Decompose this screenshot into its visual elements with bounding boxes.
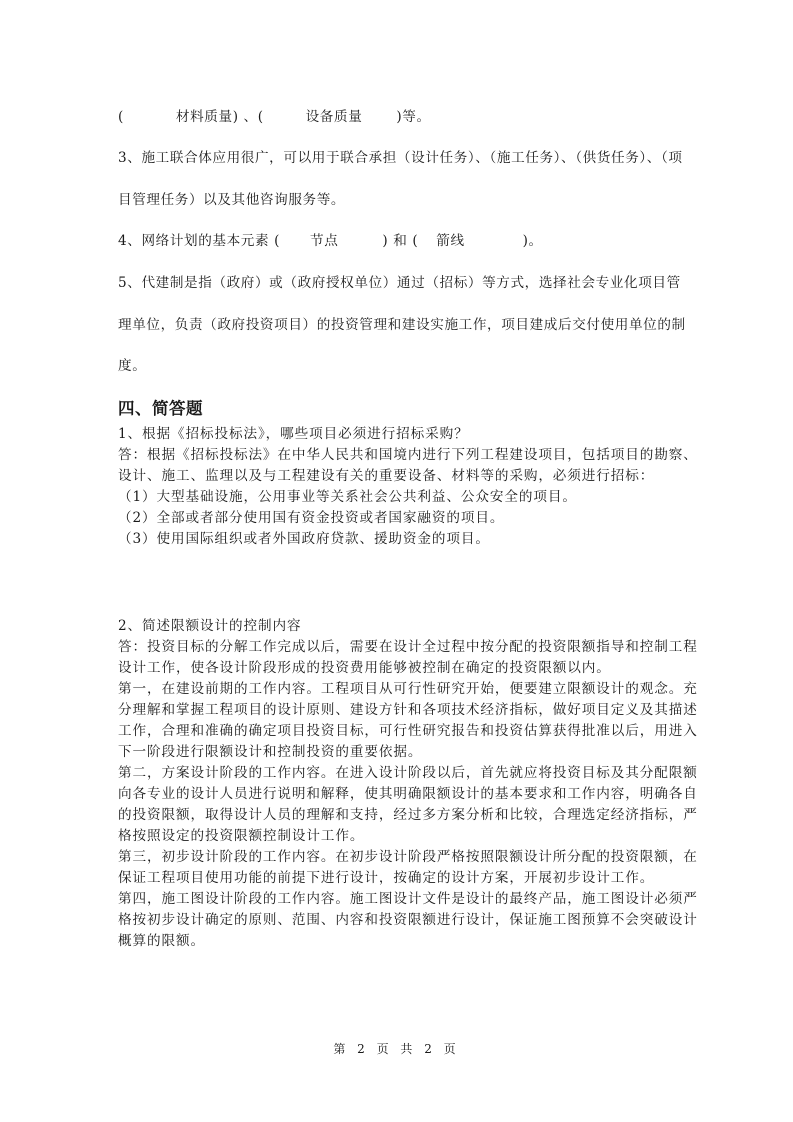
answer-1-line: （1）大型基础设施，公用事业等关系社会公共利益、公众安全的项目。 <box>118 487 674 507</box>
answer-2-line: 第二，方案设计阶段的工作内容。在进入设计阶段以后，首先就应将投资目标及其分配限额 <box>118 763 674 783</box>
fill-item-2-tail: (材料质量) 、(设备质量)等。 <box>118 107 674 127</box>
answer-2-line: 分理解和掌握工程项目的设计原则、建设方针和各项技术经济指标，做好项目定义及其描述 <box>118 700 674 720</box>
answer-2-line: 的投资限额，取得设计人员的理解和支持，经过多方案分析和比较，合理选定经济指标，严 <box>118 805 674 825</box>
blank-answer-equipment-quality: 设备质量 <box>306 109 363 125</box>
fill-item-5-line-3: 度。 <box>118 356 674 376</box>
answer-1-line: 答：根据《招标投标法》在中华人民共和国境内进行下列工程建设项目，包括项目的勘察、 <box>118 445 674 465</box>
blank-answer-arrow: 箭线 <box>436 233 464 249</box>
answer-2-line: 概算的限额。 <box>118 931 674 951</box>
blank-open: ( <box>118 109 124 125</box>
page-number-footer: 第 2 页 共 2 页 <box>0 1040 793 1057</box>
item4-prefix: 4、网络计划的基本元素 ( <box>118 233 280 249</box>
blank-mid: ) 、( <box>233 109 264 125</box>
blank-answer-node: 节点 <box>310 233 338 249</box>
section-heading-short-answer: 四、简答题 <box>118 398 203 420</box>
answer-2-line: 第三，初步设计阶段的工作内容。在初步设计阶段严格按照限额设计所分配的投资限额，在 <box>118 847 674 867</box>
item4-mid: ) 和 ( <box>382 233 418 249</box>
answer-1-line: 设计、施工、监理以及与工程建设有关的重要设备、材料等的采购，必须进行招标： <box>118 466 674 486</box>
item4-end: )。 <box>523 233 543 249</box>
answer-2-line: 答：投资目标的分解工作完成以后，需要在设计全过程中按分配的投资限额指导和控制工程 <box>118 637 674 657</box>
fill-item-3-line-1: 3、施工联合体应用很广，可以用于联合承担（设计任务）、（施工任务）、（供货任务）… <box>118 148 674 168</box>
blank-answer-material-quality: 材料质量 <box>176 109 233 125</box>
answer-2-line: 设计工作，使各设计阶段形成的投资费用能够被控制在确定的投资限额以内。 <box>118 658 674 678</box>
answer-2-line: 下一阶段进行限额设计和控制投资的重要依据。 <box>118 742 674 762</box>
answer-2-line: 保证工程项目使用功能的前提下进行设计，按确定的设计方案，开展初步设计工作。 <box>118 868 674 888</box>
answer-2-line: 格按照设定的投资限额控制设计工作。 <box>118 826 674 846</box>
fill-item-3-line-2: 目管理任务）以及其他咨询服务等。 <box>118 190 674 210</box>
answer-2-line: 第四，施工图设计阶段的工作内容。施工图设计文件是设计的最终产品，施工图设计必须严 <box>118 889 674 909</box>
answer-1-line: （2）全部或者部分使用国有资金投资或者国家融资的项目。 <box>118 508 674 528</box>
fill-item-4: 4、网络计划的基本元素 (节点) 和 (箭线)。 <box>118 231 674 251</box>
document-page: (材料质量) 、(设备质量)等。 3、施工联合体应用很广，可以用于联合承担（设计… <box>0 0 793 1122</box>
answer-2-line: 工作，合理和准确的确定项目投资目标，可行性研究报告和投资估算获得批准以后，用进入 <box>118 721 674 741</box>
answer-2-line: 格按初步设计确定的原则、范围、内容和投资限额进行设计，保证施工图预算不会突破设计 <box>118 910 674 930</box>
answer-2-line: 向各专业的设计人员进行说明和解释，使其明确限额设计的基本要求和工作内容，明确各自 <box>118 784 674 804</box>
fill-item-5-line-1: 5、代建制是指（政府）或（政府授权单位）通过（招标）等方式，选择社会专业化项目管 <box>118 273 674 293</box>
question-2: 2、简述限额设计的控制内容 <box>118 616 674 636</box>
answer-1-line: （3）使用国际组织或者外国政府贷款、援助资金的项目。 <box>118 529 674 549</box>
blank-end: )等。 <box>396 109 430 125</box>
fill-item-5-line-2: 理单位，负责（政府投资项目）的投资管理和建设实施工作，项目建成后交付使用单位的制 <box>118 315 674 335</box>
question-1: 1、根据《招标投标法》，哪些项目必须进行招标采购？ <box>118 424 674 444</box>
answer-2-line: 第一，在建设前期的工作内容。工程项目从可行性研究开始，便要建立限额设计的观念。充 <box>118 679 674 699</box>
